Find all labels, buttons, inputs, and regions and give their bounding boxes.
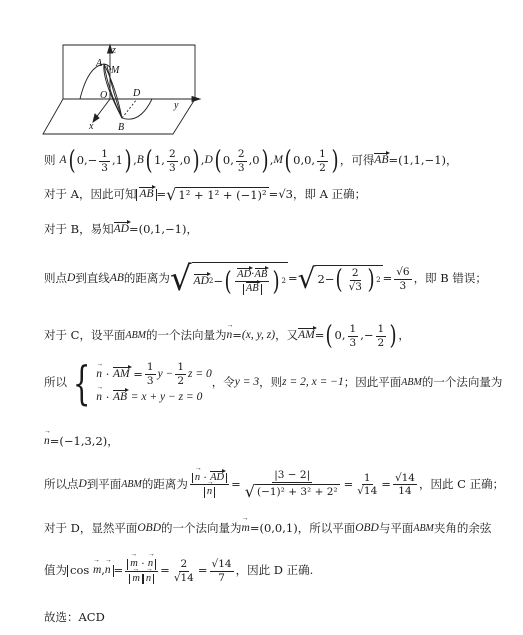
fraction: |3 − 2| √(−1)² + 3² + 2²: [243, 470, 342, 500]
point-o-label: O: [100, 90, 107, 101]
text: 对于 A，因此可知: [44, 189, 136, 201]
fraction: 2√3: [347, 268, 364, 292]
geometry-figure: z A M O D y x B: [40, 40, 205, 140]
assumption: y = 3: [235, 377, 259, 389]
text: 所以: [44, 377, 67, 389]
point-m: M: [273, 155, 283, 167]
text: 夹角的余弦: [434, 523, 492, 535]
radicand: 1² + 1² + (−1)²: [176, 187, 268, 203]
plane-abm: ABM: [125, 331, 146, 341]
vector-value: (0,0,1): [259, 523, 297, 535]
abs-cos: cos m,n: [67, 565, 114, 577]
option-a-line: 对于 A，因此可知 AB = √1² + 1² + (−1)² = √3 ，即 …: [44, 187, 366, 203]
solution: z = 2, x = −1: [282, 377, 344, 389]
punct: ，: [186, 224, 198, 236]
text: 与平面: [379, 523, 414, 535]
equals: =: [344, 479, 354, 491]
fraction: n · AD n: [190, 472, 229, 498]
vector-ab: AB: [374, 155, 388, 167]
point-a: A: [60, 155, 67, 167]
plane-abm: ABM: [121, 480, 142, 490]
vector-value: (x, y, z): [242, 330, 275, 342]
equals: =: [231, 479, 241, 491]
equals: =: [114, 565, 124, 577]
text: 对于 B，易知: [44, 224, 114, 236]
exponent: 2: [281, 278, 285, 285]
equals: =: [50, 436, 60, 448]
punct: ，: [446, 155, 458, 167]
vector-ad: AD: [237, 270, 251, 281]
equals: =: [198, 565, 208, 577]
equals: =: [383, 273, 393, 285]
plane-abm: ABM: [413, 524, 434, 534]
cosine-line: 值为 cos m,n = m · n mn = 2√14 = √147 ，因此 …: [44, 558, 313, 584]
coordinates-line: 则 A (0,− 13 ,1), B (1, 23 ,0), D (0, 23 …: [44, 148, 458, 174]
text: 对于 D，显然平面: [44, 523, 137, 535]
equals: =: [129, 224, 139, 236]
punct: ，: [107, 436, 119, 448]
sqrt: √ AD2 − ( AD·AB AB )2: [170, 262, 288, 296]
fraction: 1√14: [355, 473, 379, 497]
plane-abm: ABM: [401, 378, 422, 388]
text: ，又: [275, 330, 298, 342]
result: √3: [278, 189, 293, 201]
vector-value: (−1,3,2): [59, 436, 107, 448]
point-b-label: B: [118, 122, 124, 133]
fraction: √147: [210, 559, 234, 583]
point-b: B: [137, 155, 144, 167]
answer-value: ACD: [79, 612, 105, 624]
text: ，即 B 错误；: [414, 273, 487, 285]
equation-row-1: n · AM = 13 y − 12 z = 0: [96, 362, 212, 386]
fraction: 13: [348, 324, 359, 348]
text: ，则: [259, 377, 282, 389]
text: ，可得: [340, 155, 375, 167]
vector-ab: AB: [246, 284, 259, 295]
number: 2: [317, 274, 324, 286]
z-axis-label: z: [111, 45, 116, 56]
text: ，令: [212, 377, 235, 389]
sqrt: √ 2 − ( 2√3 )2: [298, 265, 383, 293]
normal-vector-n: n: [44, 436, 50, 448]
fraction: 23: [236, 149, 247, 173]
text: ，即 A 正确；: [293, 189, 366, 201]
text: ，因此 D 正确.: [236, 565, 314, 577]
text: 值为: [44, 565, 67, 577]
point-d: D: [79, 479, 87, 491]
minus: −: [325, 274, 335, 286]
equals: =: [381, 479, 391, 491]
coord: ,1: [112, 155, 123, 167]
option-b-line: 对于 B，易知 AD = (0,1,−1) ，: [44, 224, 198, 236]
coord: ,−: [360, 330, 373, 342]
exponent: 2: [376, 277, 380, 284]
text: 则: [44, 155, 56, 167]
coord: 1,: [154, 155, 165, 167]
fraction: AD·AB AB: [235, 269, 269, 295]
option-c-line: 对于 C，设平面 ABM 的一个法向量为 n = (x, y, z) ，又 AM…: [44, 323, 410, 349]
normal-vector-n: n: [227, 330, 233, 342]
minus: −: [213, 276, 223, 288]
equals: =: [157, 189, 167, 201]
fraction: 23: [167, 149, 178, 173]
magnitude: AB: [136, 189, 156, 201]
coord: ,0: [180, 155, 191, 167]
point-d: D: [204, 155, 212, 167]
text: 的距离为: [142, 479, 188, 491]
answer-label: 故选：: [44, 612, 79, 624]
text: 的一个法向量为: [161, 523, 242, 535]
vector-value: (1,1,−1): [398, 155, 446, 167]
vector-value: (0,1,−1): [139, 224, 187, 236]
vector-am: AM: [298, 330, 315, 342]
fraction: 12: [317, 149, 328, 173]
coord: 0,: [335, 330, 346, 342]
plane-obd: OBD: [137, 523, 161, 535]
text: 的距离为: [124, 273, 170, 285]
text: ，因此 C 正确；: [419, 479, 504, 491]
3d-coordinate-diagram: z A M O D y x B: [40, 40, 205, 140]
text: 则点: [44, 273, 67, 285]
text: 的一个法向量为: [146, 330, 227, 342]
equals: =: [160, 565, 170, 577]
coord: ,0: [249, 155, 260, 167]
point-m-label: M: [110, 65, 120, 76]
text: ，所以平面: [298, 523, 356, 535]
fraction: 12: [376, 324, 387, 348]
vector-ad: AD: [194, 276, 209, 288]
distance-to-line: 则点 D 到直线 AB 的距离为 √ AD2 − ( AD·AB AB )2 =…: [44, 262, 487, 296]
fraction: 2√14: [172, 559, 196, 583]
fraction: √1414: [393, 473, 417, 497]
vector-ad: AD: [114, 224, 129, 236]
option-d-line: 对于 D，显然平面 OBD 的一个法向量为 m = (0,0,1) ，所以平面 …: [44, 523, 491, 535]
normal-vector-m: m: [242, 523, 250, 535]
equals: =: [288, 273, 298, 285]
fraction: m · n mn: [125, 558, 158, 584]
normal-vector-line: n = (−1,3,2) ，: [44, 436, 119, 448]
equation-system-line: 所以 { n · AM = 13 y − 12 z = 0 n · AB = x…: [44, 360, 502, 406]
text: 到平面: [87, 479, 122, 491]
coord: 0,: [223, 155, 234, 167]
vector-ab: AB: [139, 189, 153, 201]
text: 到直线: [75, 273, 110, 285]
text: 的一个法向量为: [422, 377, 503, 389]
point-d: D: [67, 273, 75, 285]
vector-ab: AB: [255, 270, 268, 281]
equals: =: [269, 189, 279, 201]
sqrt: √1² + 1² + (−1)²: [166, 187, 269, 203]
equals: =: [315, 330, 325, 342]
text: 对于 C，设平面: [44, 330, 125, 342]
text: ；因此平面: [344, 377, 402, 389]
point-d-label: D: [132, 88, 141, 99]
equals: =: [232, 330, 242, 342]
fraction: √63: [394, 267, 411, 291]
equation-row-2: n · AB = x + y − z = 0: [96, 392, 212, 404]
fraction: 13: [99, 149, 110, 173]
y-axis-label: y: [173, 100, 179, 111]
distance-to-plane-line: 所以点 D 到平面 ABM 的距离为 n · AD n = |3 − 2| √(…: [44, 470, 504, 500]
coord: 0,0,: [293, 155, 315, 167]
punct: ，: [398, 330, 410, 342]
answer-line: 故选： ACD: [44, 612, 105, 624]
equals: =: [388, 155, 398, 167]
point-a-label: A: [95, 58, 103, 69]
equation-system: { n · AM = 13 y − 12 z = 0 n · AB = x + …: [67, 360, 212, 406]
coord: 0,−: [77, 155, 98, 167]
text: 所以点: [44, 479, 79, 491]
x-axis-label: x: [88, 121, 94, 132]
equals: =: [250, 523, 260, 535]
line-ab: AB: [110, 273, 124, 285]
plane-obd: OBD: [355, 523, 379, 535]
